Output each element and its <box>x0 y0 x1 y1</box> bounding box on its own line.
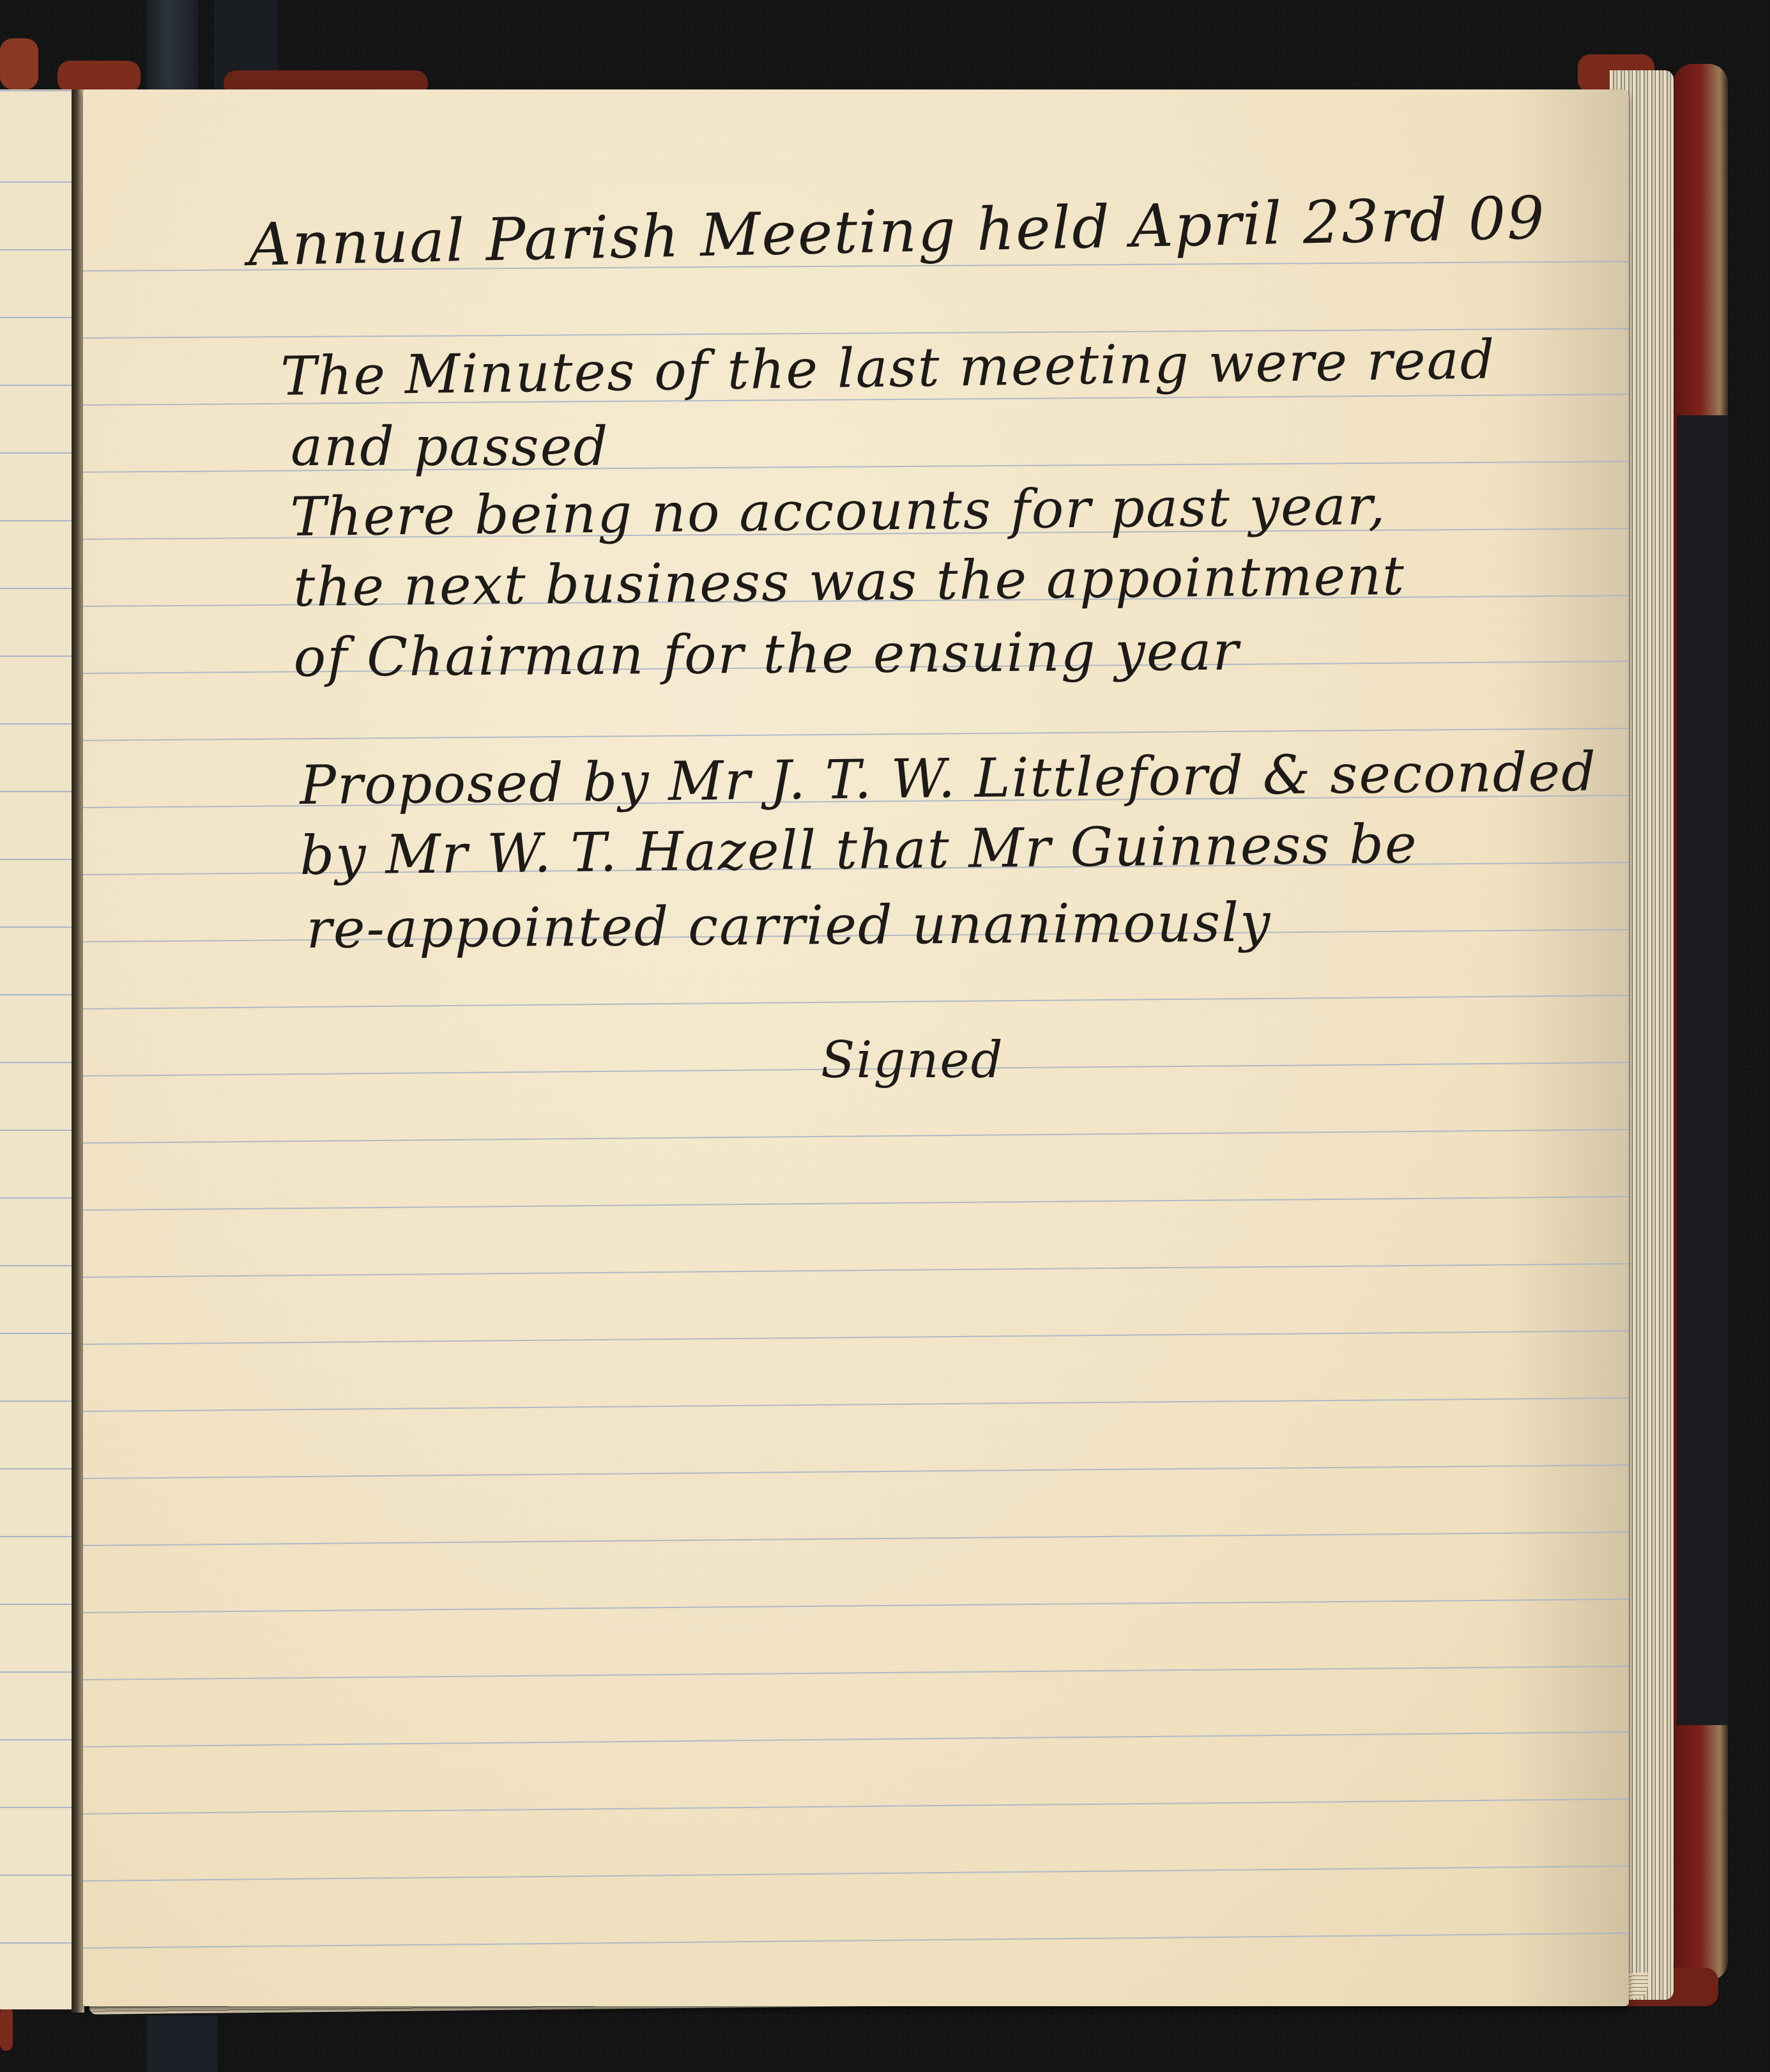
ruled-line <box>83 1731 1629 1747</box>
minutes-line-4: the next business was the appointment <box>293 544 1406 618</box>
minutes-line-2: and passed <box>291 415 609 478</box>
minutes-line-3: There being no accounts for past year, <box>290 474 1387 548</box>
ruled-line <box>83 1330 1629 1345</box>
ruled-line <box>83 995 1629 1009</box>
ruled-line <box>83 1666 1629 1680</box>
left-page <box>0 89 73 2009</box>
ruled-line <box>83 1397 1629 1412</box>
leather-cover-edge <box>0 2006 13 2051</box>
ruled-line <box>83 1464 1629 1479</box>
ruled-line <box>83 1196 1629 1211</box>
ruled-line <box>83 1866 1629 1882</box>
bookmark-ribbon <box>147 2016 217 2072</box>
ruled-line <box>83 1933 1629 1949</box>
ruled-line <box>83 728 1629 741</box>
ruled-line <box>83 1599 1629 1613</box>
ruled-line <box>83 1531 1629 1546</box>
book-gutter <box>72 89 84 2013</box>
minutes-line-7: by Mr W. T. Hazell that Mr Guinness be <box>300 813 1418 887</box>
book-spine <box>1677 415 1728 1725</box>
minutes-line-5: of Chairman for the ensuing year <box>293 620 1240 689</box>
ruled-line <box>83 1263 1629 1278</box>
signature-label: Signed <box>821 1032 1004 1089</box>
minutes-line-8: re-appointed carried unanimously <box>306 891 1271 960</box>
bookmark-ribbon <box>147 0 198 89</box>
leather-cover-edge <box>0 38 38 89</box>
ruled-line <box>83 1129 1629 1144</box>
leather-cover-edge <box>57 61 141 93</box>
ruled-line <box>83 1799 1629 1815</box>
